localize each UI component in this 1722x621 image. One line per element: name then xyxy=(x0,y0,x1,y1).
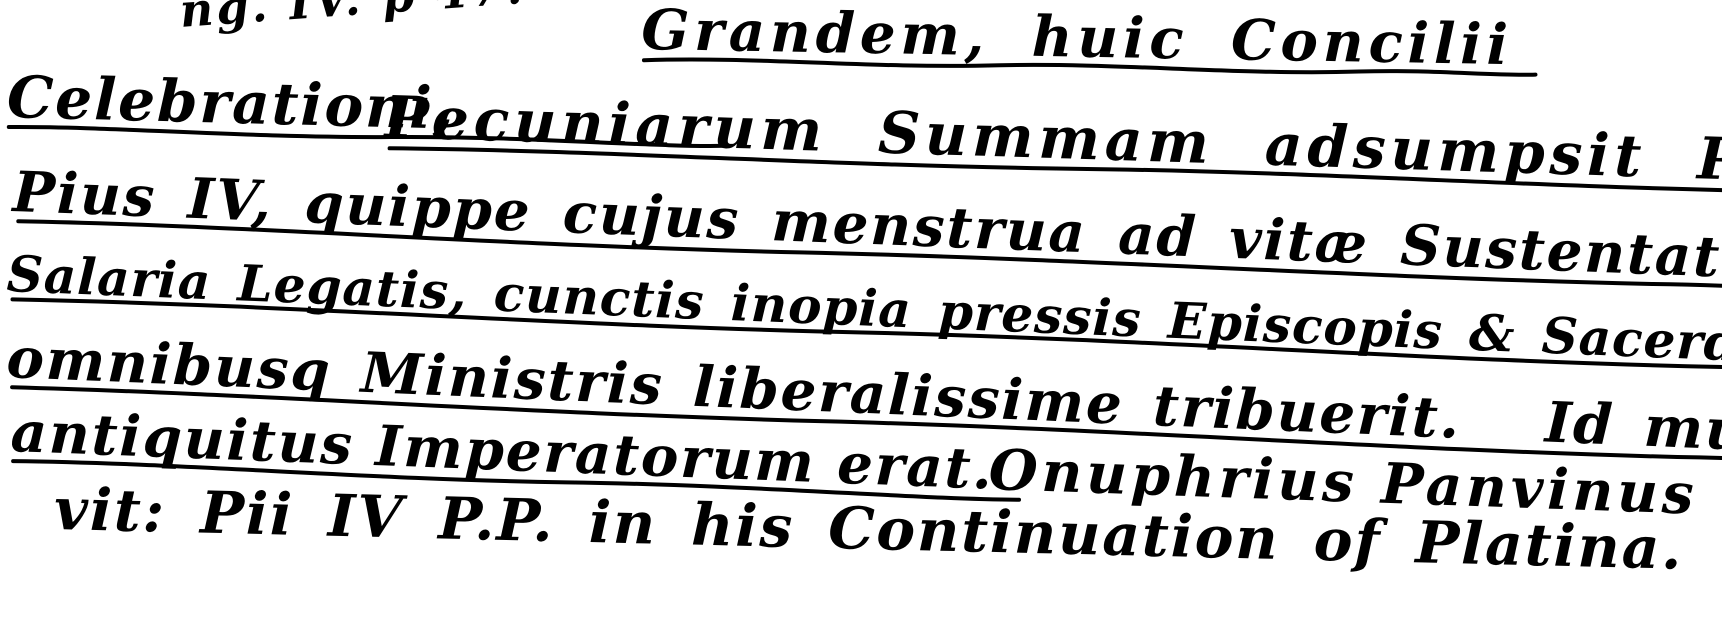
manuscript-page: ng. IV. p 47. Grandem, huic Concilii Cel… xyxy=(0,0,1722,621)
citation-text: ng. IV. p 47. xyxy=(178,0,527,38)
manuscript-citation: ng. IV. p 47. xyxy=(178,0,527,36)
word-gap xyxy=(1460,438,1544,442)
manuscript-line-opening: Grandem, huic Concilii xyxy=(641,0,1513,81)
